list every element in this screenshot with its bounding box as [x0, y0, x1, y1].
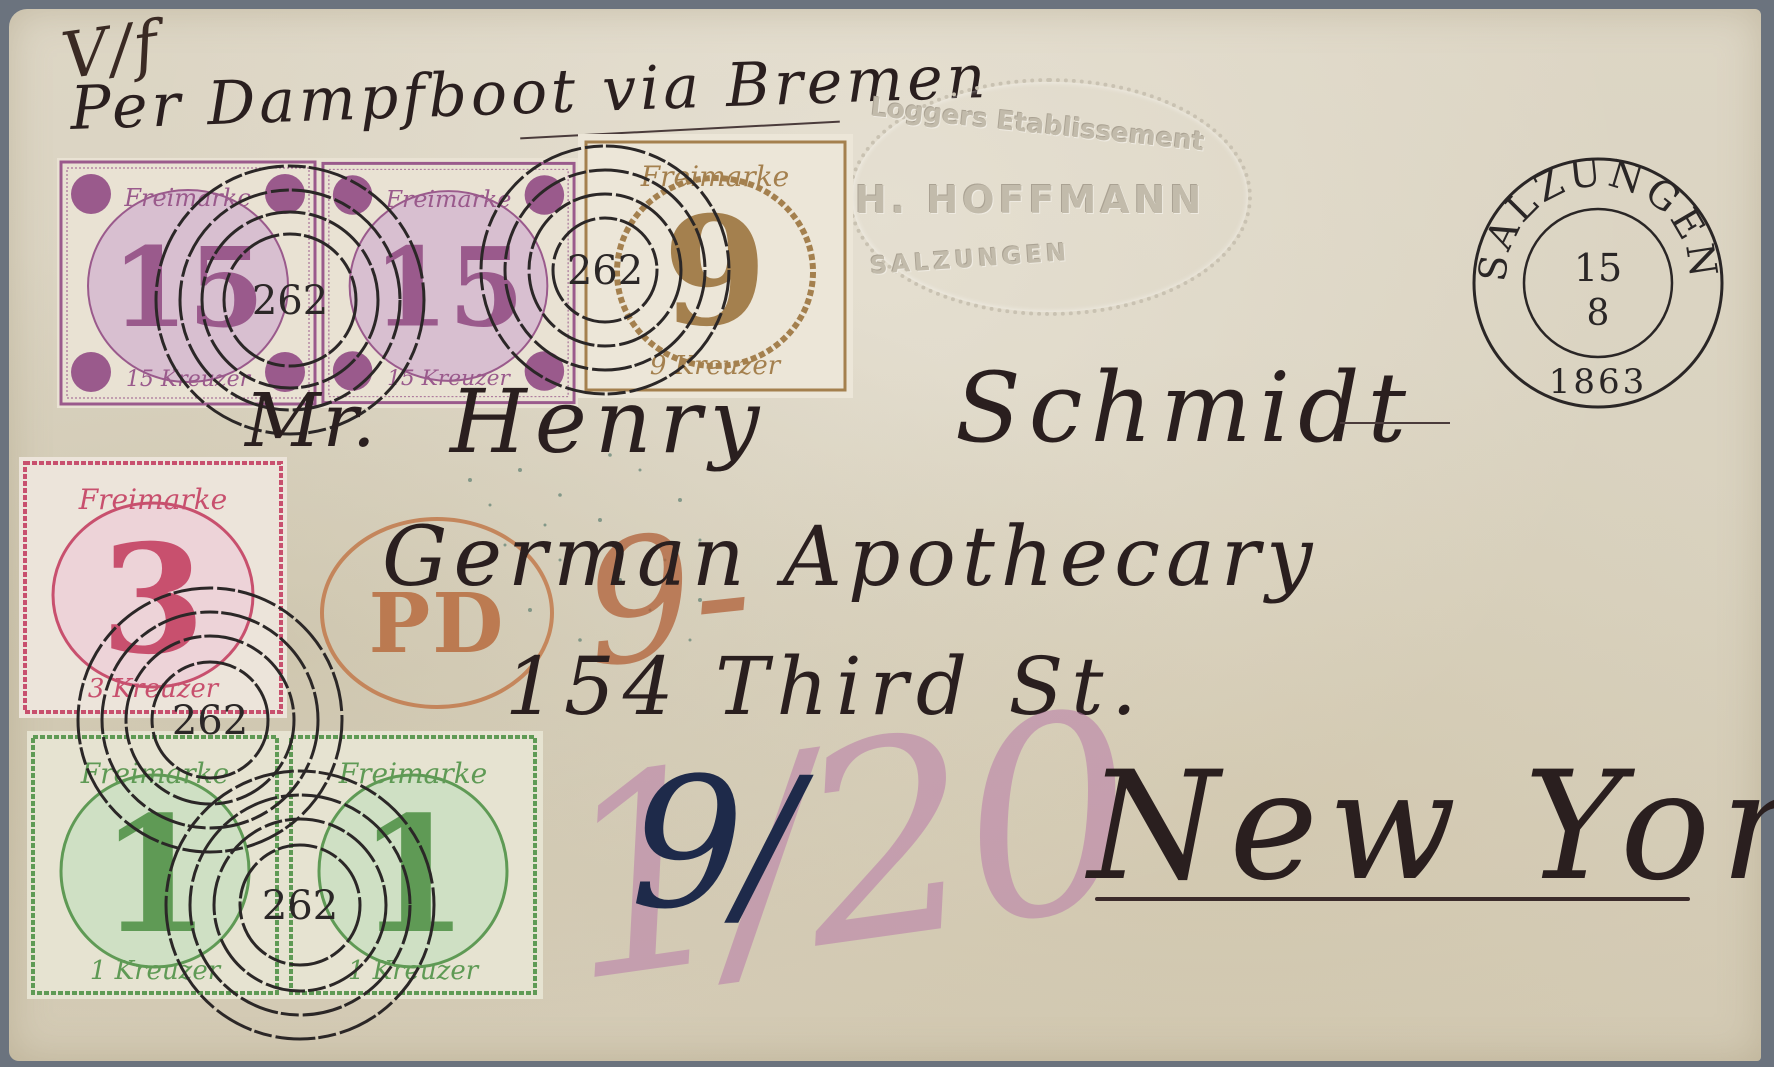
salzungen-datestamp: SALZUNGEN 15 8 1863	[1470, 155, 1726, 411]
stamp-9kr: Freimarke 9 9 Kreuzer	[578, 134, 853, 398]
svg-text:1: 1	[357, 781, 468, 969]
stamp-3kr: Freimarke 3 3 Kreuzer	[19, 457, 287, 718]
stamp-15kr-left: Freimarke 15 15 Kreuzer	[57, 158, 319, 408]
svg-text:1 Kreuzer: 1 Kreuzer	[348, 956, 480, 986]
schmidt-t-bar	[1340, 422, 1450, 424]
svg-text:3 Kreuzer: 3 Kreuzer	[88, 674, 220, 704]
stamp-1kr-left: Freimarke 1 1 Kreuzer	[27, 731, 283, 999]
datestamp-day: 15	[1574, 246, 1622, 290]
city-underline	[1095, 897, 1690, 901]
datestamp-month: 8	[1587, 293, 1610, 334]
city: New York	[1088, 740, 1774, 914]
addressee-title: Mr.	[245, 378, 378, 464]
svg-text:1 Kreuzer: 1 Kreuzer	[90, 956, 222, 986]
occupation: German Apothecary	[382, 510, 1318, 605]
addressee-first-name: Henry	[450, 370, 767, 473]
stamp-design: Freimarke 3 3 Kreuzer	[19, 457, 287, 718]
svg-text:3: 3	[101, 512, 205, 688]
datestamp-year: 1863	[1549, 362, 1648, 402]
stamp-design: Freimarke 1 1 Kreuzer	[283, 731, 543, 999]
svg-text:15: 15	[373, 224, 524, 352]
stamp-1kr-right: Freimarke 1 1 Kreuzer	[283, 731, 543, 999]
svg-text:15 Kreuzer: 15 Kreuzer	[126, 367, 252, 392]
blue-manuscript-rate: 9/	[630, 740, 793, 949]
addressee-last-name: Schmidt	[955, 352, 1414, 464]
svg-text:9: 9	[663, 184, 767, 360]
stamp-design: Freimarke 9 9 Kreuzer	[578, 134, 853, 398]
stamp-design: Freimarke 1 1 Kreuzer	[27, 731, 283, 999]
svg-text:15: 15	[111, 223, 264, 352]
emboss-line-2: H. HOFFMANN	[855, 178, 1205, 222]
svg-text:1: 1	[99, 781, 210, 969]
stamp-design: Freimarke 15 15 Kreuzer	[57, 158, 319, 408]
svg-text:Freimarke: Freimarke	[385, 185, 512, 213]
svg-text:Freimarke: Freimarke	[123, 184, 251, 212]
